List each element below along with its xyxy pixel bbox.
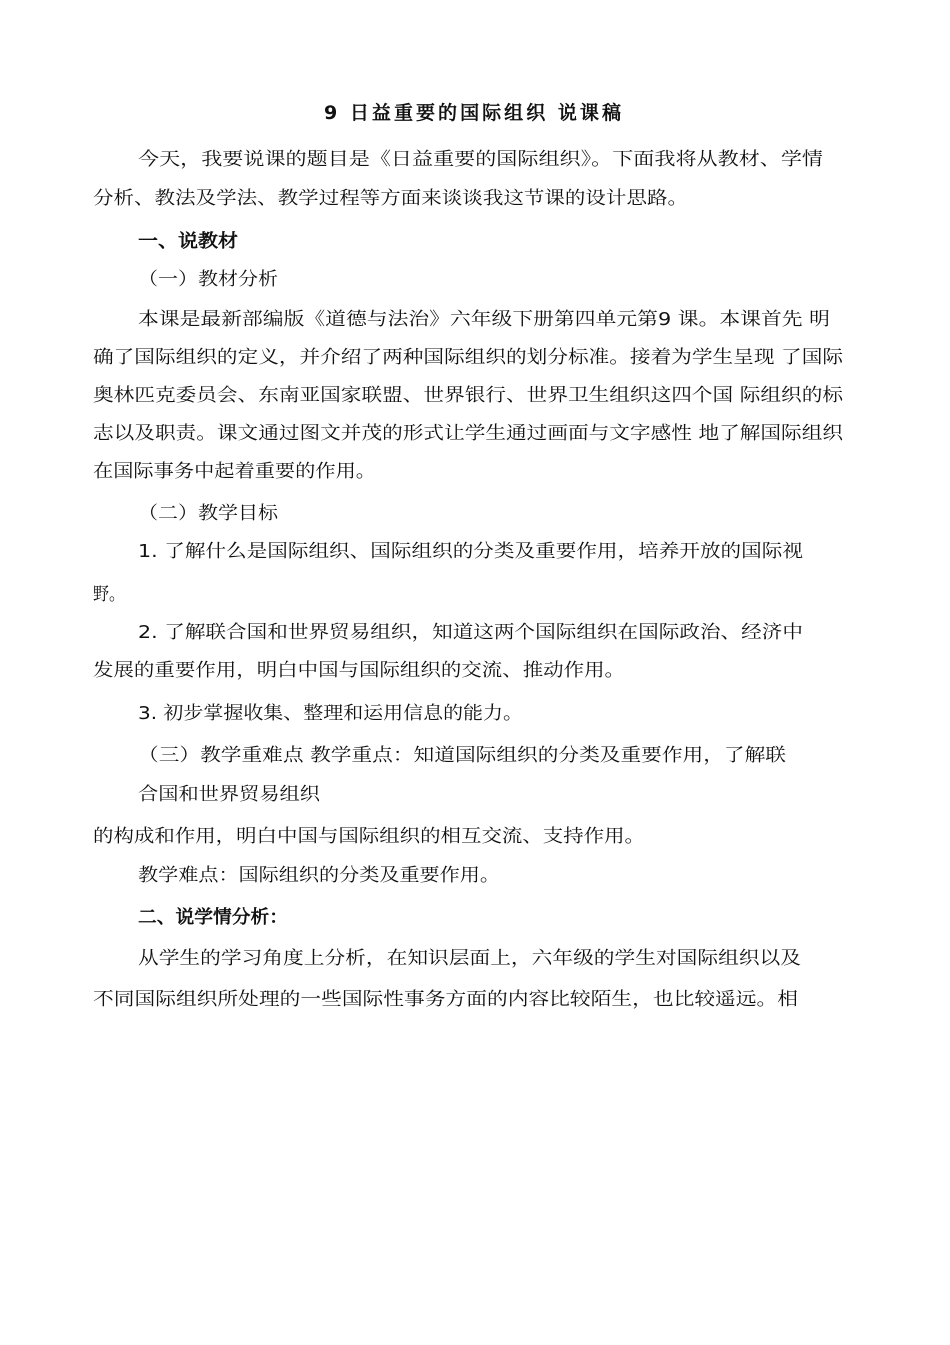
paragraph-line: 的构成和作用，明白中国与国际组织的相互交流、支持作用。 <box>93 825 645 849</box>
document-title: 9 日益重要的国际组织 说课稿 <box>324 101 624 125</box>
paragraph-line: 确了国际组织的定义，并介绍了两种国际组织的划分标准。接着为学生呈现 了国际 <box>93 346 843 370</box>
paragraph-line: 合国和世界贸易组织 <box>138 783 320 807</box>
section-heading: 二、说学情分析： <box>138 906 288 930</box>
paragraph-line: 发展的重要作用，明白中国与国际组织的交流、推动作用。 <box>93 659 625 683</box>
paragraph-line: （三）教学重难点 教学重点：知道国际组织的分类及重要作用，了解联 <box>138 744 786 768</box>
paragraph-line: 2. 了解联合国和世界贸易组织，知道这两个国际组织在国际政治、经济中 <box>138 621 803 645</box>
paragraph-line: （一）教材分析 <box>138 268 278 292</box>
paragraph-line: 在国际事务中起着重要的作用。 <box>93 460 376 484</box>
paragraph-line: 奥林匹克委员会、东南亚国家联盟、世界银行、世界卫生组织这四个国 际组织的标 <box>93 384 843 408</box>
paragraph-line: 今天，我要说课的题目是《日益重要的国际组织》。下面我将从教材、学情 <box>138 148 823 172</box>
paragraph-line: 3. 初步掌握收集、整理和运用信息的能力。 <box>138 702 523 726</box>
paragraph-line: 本课是最新部编版《道德与法治》六年级下册第四单元第9 课。本课首先 明 <box>138 308 830 332</box>
paragraph-line: （二）教学目标 <box>138 502 278 526</box>
document-page: 9 日益重要的国际组织 说课稿 今天，我要说课的题目是《日益重要的国际组织》。下… <box>0 0 950 1345</box>
paragraph-line: 教学难点：国际组织的分类及重要作用。 <box>138 864 500 888</box>
paragraph-line: 不同国际组织所处理的一些国际性事务方面的内容比较陌生，也比较遥远。相 <box>93 988 798 1012</box>
paragraph-line: 志以及职责。课文通过图文并茂的形式让学生通过画面与文字感性 地了解国际组织 <box>93 422 843 446</box>
paragraph-line: 从学生的学习角度上分析，在知识层面上，六年级的学生对国际组织以及 <box>138 947 801 971</box>
paragraph-line: 1. 了解什么是国际组织、国际组织的分类及重要作用，培养开放的国际视 <box>138 540 803 564</box>
paragraph-line: 分析、教法及学法、教学过程等方面来谈谈我这节课的设计思路。 <box>93 187 688 211</box>
paragraph-line: 野。 <box>93 583 125 607</box>
section-heading: 一、说教材 <box>138 230 238 254</box>
